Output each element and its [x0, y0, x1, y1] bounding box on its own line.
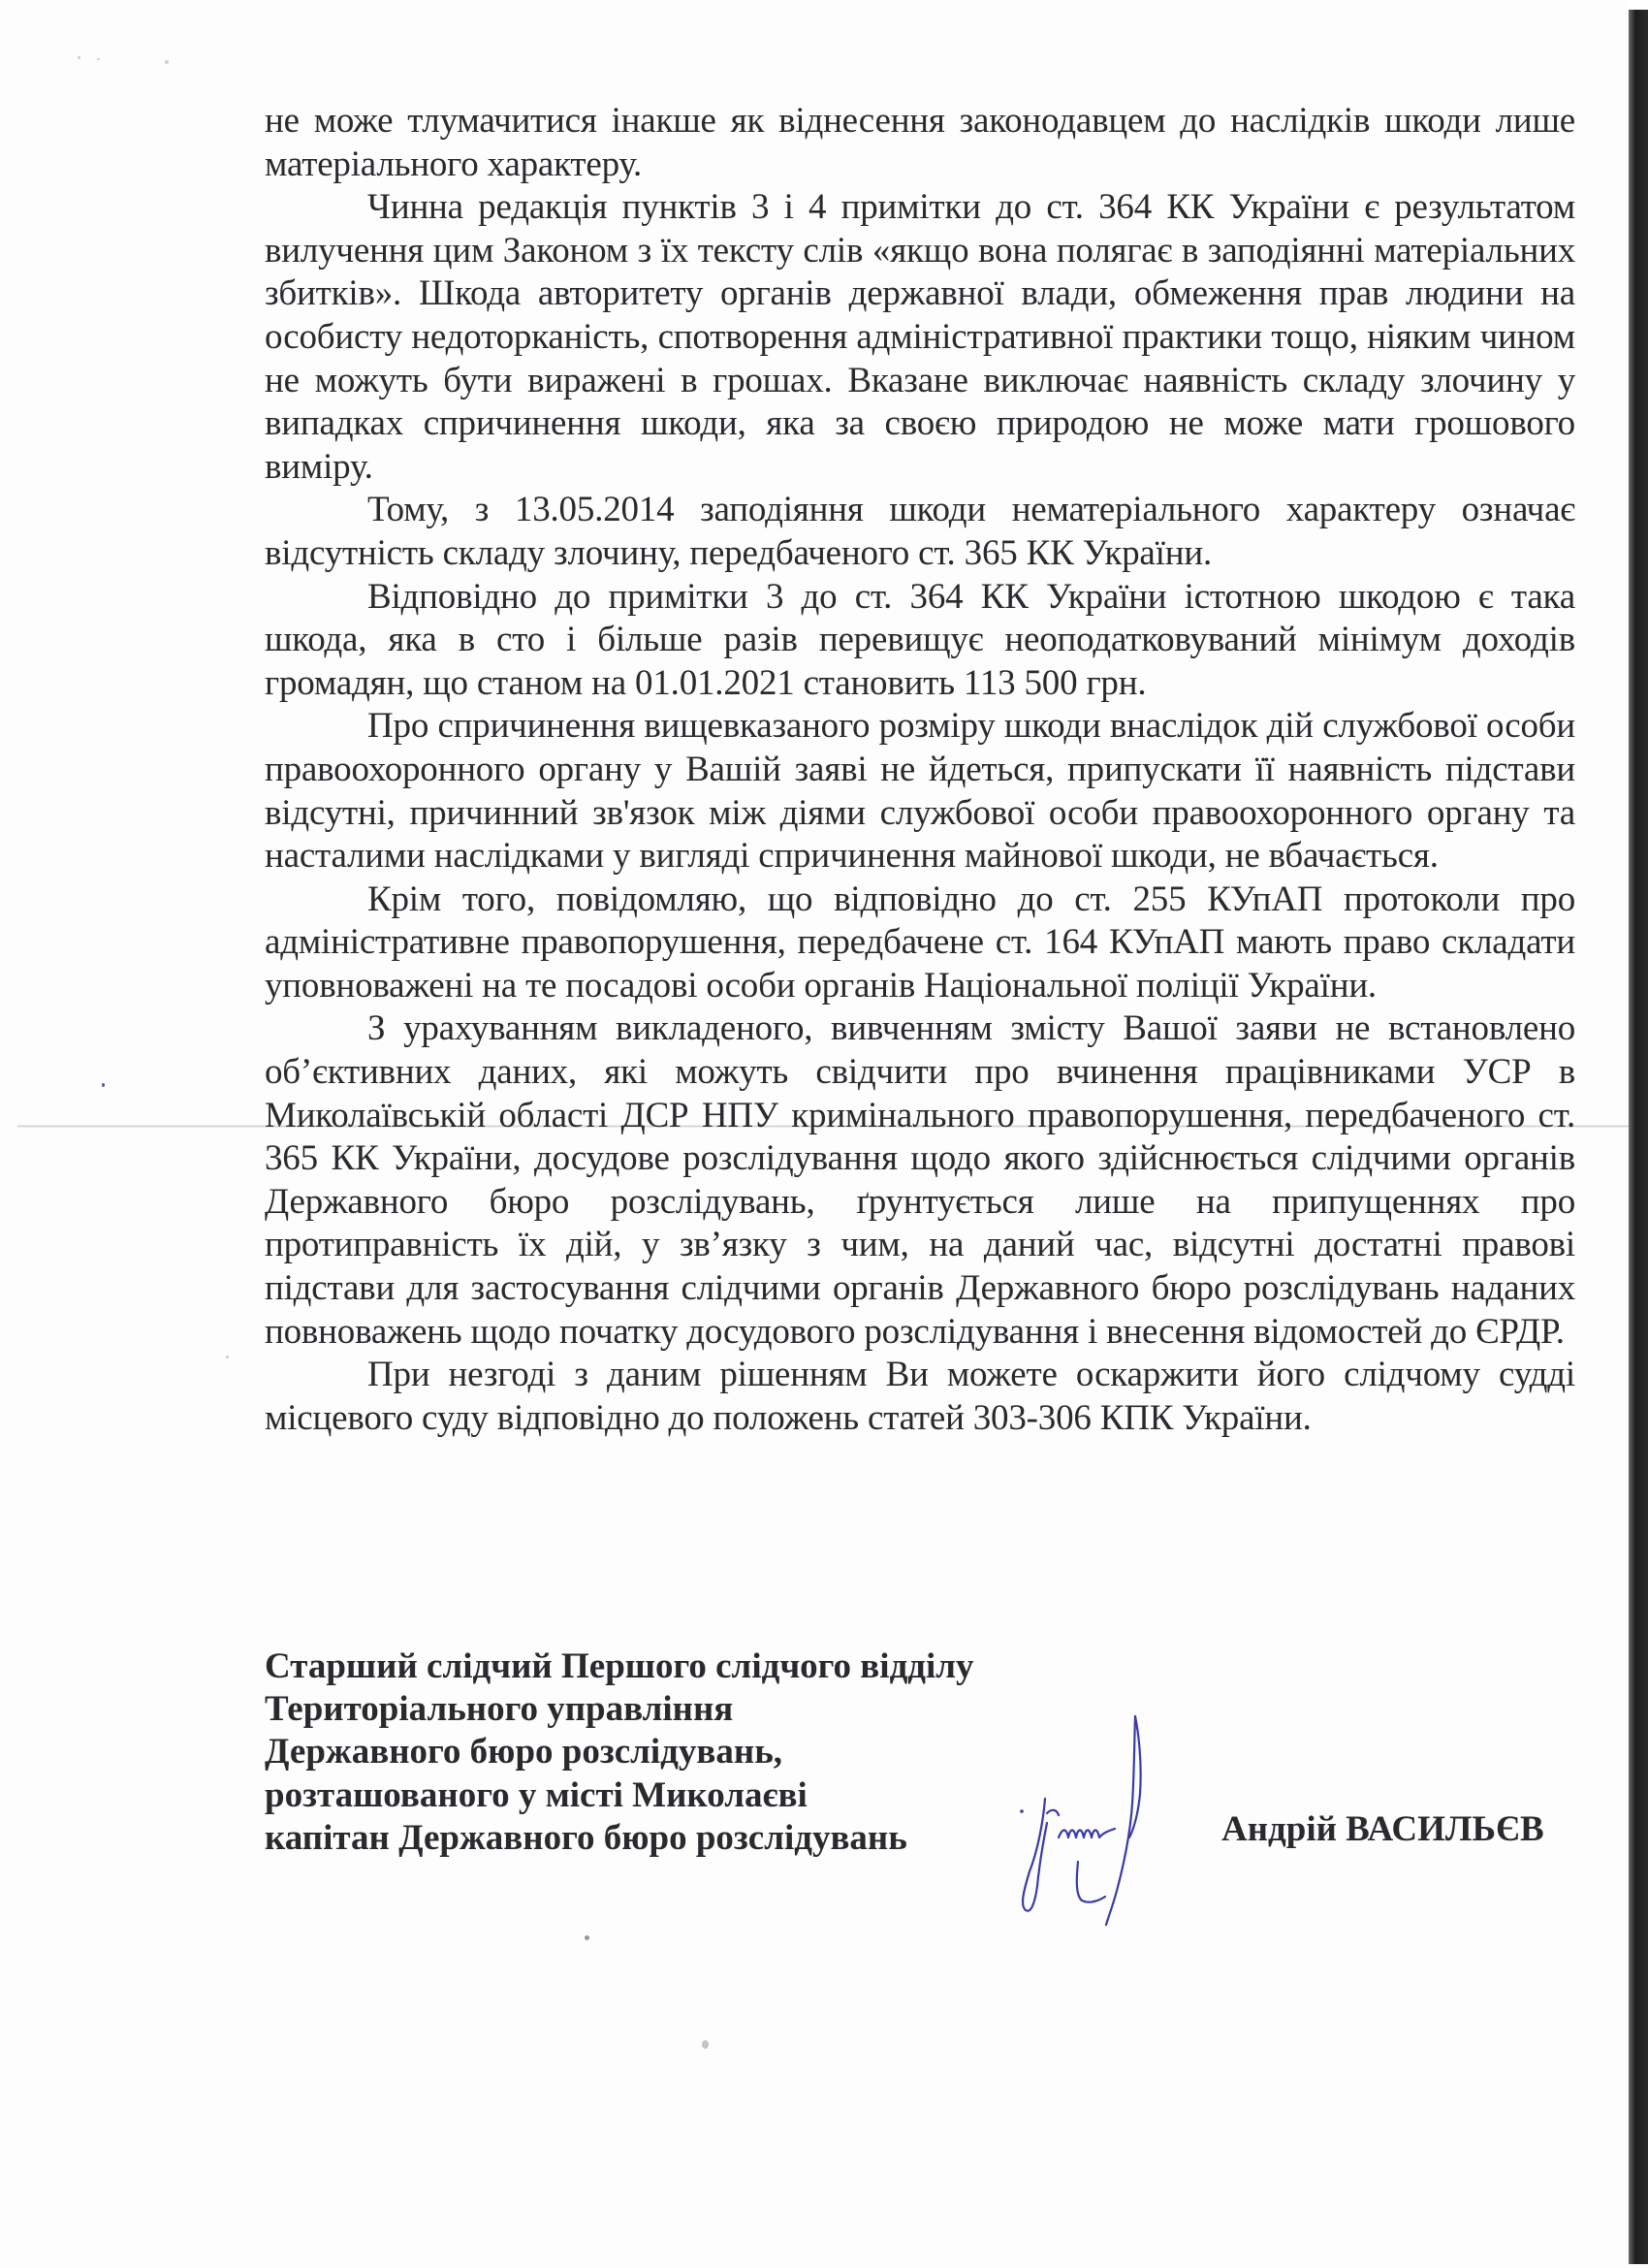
handwritten-signature-icon [989, 1707, 1163, 1930]
paragraph-continuation: не може тлумачитися інакше як віднесення… [265, 100, 1575, 186]
document-page: не може тлумачитися інакше як віднесення… [0, 0, 1629, 2268]
scan-edge-shadow [1629, 10, 1648, 2264]
paragraph: З урахуванням викладеного, вивченням змі… [265, 1007, 1575, 1354]
scan-speck [78, 56, 80, 59]
paragraph: Крім того, повідомляю, що відповідно до … [265, 878, 1575, 1008]
letter-body: не може тлумачитися інакше як віднесення… [265, 100, 1575, 1440]
signer-position-line: Територіального управління [265, 1688, 1575, 1731]
scan-speck [226, 1356, 229, 1358]
signer-position-line: Старший слідчий Першого слідчого відділу [265, 1645, 1575, 1688]
paragraph: При незгоді з даним рішенням Ви можете о… [265, 1354, 1575, 1440]
paragraph: Відповідно до примітки 3 до ст. 364 КК У… [265, 576, 1575, 706]
signer-position-line: Державного бюро розслідувань, [265, 1731, 1575, 1773]
scan-speck [165, 60, 169, 64]
signer-name: Андрій ВАСИЛЬЄВ [1221, 1808, 1544, 1850]
paragraph: Тому, з 13.05.2014 заподіяння шкоди нема… [265, 489, 1575, 575]
paragraph: Про спричинення вищевказаного розміру шк… [265, 705, 1575, 878]
scan-speck [585, 1935, 589, 1940]
paragraph: Чинна редакція пунктів 3 і 4 примітки до… [265, 186, 1575, 489]
scan-speck [97, 58, 100, 60]
scan-speck [702, 2040, 709, 2049]
scan-speck [102, 1083, 105, 1087]
